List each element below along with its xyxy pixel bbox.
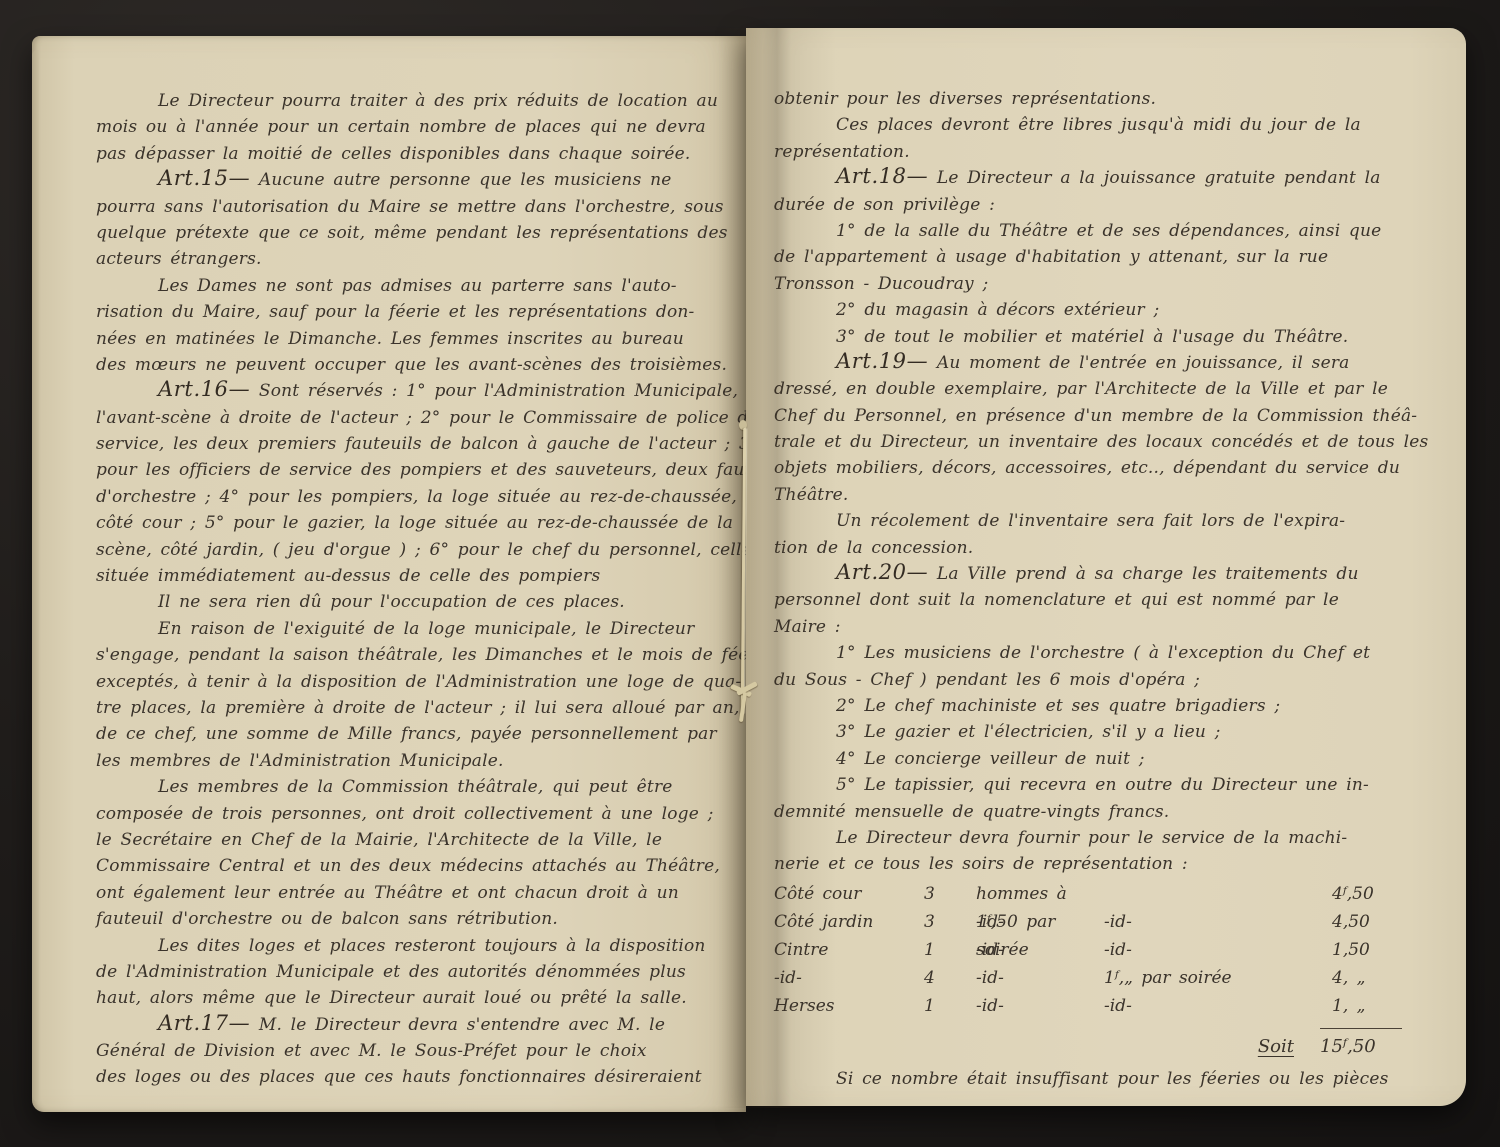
left-page: Le Directeur pourra traiter à des prix r… <box>32 36 746 1112</box>
manuscript-line: pas dépasser la moitié de celles disponi… <box>96 141 726 167</box>
manuscript-line: composée de trois personnes, ont droit c… <box>96 801 726 827</box>
manuscript-line: des loges ou des places que ces hauts fo… <box>96 1064 726 1090</box>
manuscript-line: pour les officiers de service des pompie… <box>96 457 726 483</box>
table-cell: 4ᶠ,50 <box>1332 880 1408 908</box>
manuscript-line: Maire : <box>774 614 1408 640</box>
manuscript-line: Tronsson - Ducoudray ; <box>774 271 1408 297</box>
manuscript-line: quelque prétexte que ce soit, même penda… <box>96 220 726 246</box>
manuscript-line: haut, alors même que le Directeur aurait… <box>96 985 726 1011</box>
table-cell: Côté cour <box>774 880 924 908</box>
manuscript-line: durée de son privilège : <box>774 192 1408 218</box>
table-cell: 1,50 <box>1332 936 1408 964</box>
manuscript-line: Ces places devront être libres jusqu'à m… <box>774 112 1408 138</box>
manuscript-line: des mœurs ne peuvent occuper que les ava… <box>96 352 726 378</box>
manuscript-line: 1° Les musiciens de l'orchestre ( à l'ex… <box>774 640 1408 666</box>
table-row: Côté jardin3-id--id-4,50 <box>774 908 1408 936</box>
table-row: Côté cour3hommes à 1ᶠ,50 par soirée4ᶠ,50 <box>774 880 1408 908</box>
manuscript-line: de l'Administration Municipale et des au… <box>96 959 726 985</box>
manuscript-line: trale et du Directeur, un inventaire des… <box>774 429 1408 455</box>
table-cell: -id- <box>976 908 1104 936</box>
manuscript-line: 3° de tout le mobilier et matériel à l'u… <box>774 324 1408 350</box>
article-heading: Art.20— <box>836 560 928 584</box>
article-heading: Art.16— <box>158 377 250 401</box>
manuscript-line: scène, côté jardin, ( jeu d'orgue ) ; 6°… <box>96 537 726 563</box>
table-cell: -id- <box>1104 992 1332 1020</box>
manuscript-line: 2° du magasin à décors extérieur ; <box>774 297 1408 323</box>
table-cell: -id- <box>1104 908 1332 936</box>
table-cell: -id- <box>1104 936 1332 964</box>
total-amount: 15ᶠ,50 <box>1320 1028 1402 1060</box>
manuscript-line: demnité mensuelle de quatre-vingts franc… <box>774 799 1408 825</box>
manuscript-line: 3° Le gazier et l'électricien, s'il y a … <box>774 719 1408 745</box>
manuscript-line: située immédiatement au-dessus de celle … <box>96 563 726 589</box>
manuscript-line: 4° Le concierge veilleur de nuit ; <box>774 746 1408 772</box>
table-cell: 1 <box>924 992 976 1020</box>
manuscript-line: tion de la concession. <box>774 535 1408 561</box>
manuscript-line: de l'appartement à usage d'habitation y … <box>774 244 1408 270</box>
article-heading: Art.18— <box>836 164 928 188</box>
table-cell: 3 <box>924 880 976 908</box>
table-row: -id-4-id-1ᶠ,„ par soirée4, „ <box>774 964 1408 992</box>
table-cell: 4,50 <box>1332 908 1408 936</box>
manuscript-line: 2° Le chef machiniste et ses quatre brig… <box>774 693 1408 719</box>
closing-line: Si ce nombre était insuffisant pour les … <box>774 1066 1470 1092</box>
total-label: Soit <box>1258 1034 1294 1060</box>
manuscript-line: obtenir pour les diverses représentation… <box>774 86 1408 112</box>
manuscript-line: Art.15— Aucune autre personne que les mu… <box>96 167 726 193</box>
table-cell: 1ᶠ,„ par soirée <box>1104 964 1332 992</box>
total-line: Soit 15ᶠ,50 <box>1258 1028 1402 1060</box>
table-cell: 1 <box>924 936 976 964</box>
manuscript-line: représentation. <box>774 139 1408 165</box>
table-cell: Herses <box>774 992 924 1020</box>
manuscript-line: mois ou à l'année pour un certain nombre… <box>96 114 726 140</box>
left-page-text: Le Directeur pourra traiter à des prix r… <box>96 88 726 1091</box>
manuscript-line: nées en matinées le Dimanche. Les femmes… <box>96 326 726 352</box>
right-page-text: obtenir pour les diverses représentation… <box>774 86 1408 878</box>
table-cell: 3 <box>924 908 976 936</box>
manuscript-line: Les Dames ne sont pas admises au parterr… <box>96 273 726 299</box>
manuscript-line: pourra sans l'autorisation du Maire se m… <box>96 194 726 220</box>
table-cell: 4, „ <box>1332 964 1408 992</box>
manuscript-line: Art.17— M. le Directeur devra s'entendre… <box>96 1012 726 1038</box>
manuscript-line: Théâtre. <box>774 482 1408 508</box>
manuscript-line: En raison de l'exiguité de la loge munic… <box>96 616 726 642</box>
manuscript-line: acteurs étrangers. <box>96 246 726 272</box>
manuscript-line: 5° Le tapissier, qui recevra en outre du… <box>774 772 1408 798</box>
right-page: obtenir pour les diverses représentation… <box>746 28 1466 1106</box>
manuscript-line: les membres de l'Administration Municipa… <box>96 748 726 774</box>
manuscript-line: Art.20— La Ville prend à sa charge les t… <box>774 561 1408 587</box>
table-row: Herses1-id--id-1, „ <box>774 992 1408 1020</box>
manuscript-line: ont également leur entrée au Théâtre et … <box>96 880 726 906</box>
article-heading: Art.19— <box>836 349 928 373</box>
manuscript-line: service, les deux premiers fauteuils de … <box>96 431 726 457</box>
manuscript-line: risation du Maire, sauf pour la féerie e… <box>96 299 726 325</box>
machinery-cost-table: Côté cour3hommes à 1ᶠ,50 par soirée4ᶠ,50… <box>774 880 1408 1020</box>
manuscript-line: du Sous - Chef ) pendant les 6 mois d'op… <box>774 667 1408 693</box>
manuscript-line: Les dites loges et places resteront touj… <box>96 933 726 959</box>
manuscript-line: d'orchestre ; 4° pour les pompiers, la l… <box>96 484 726 510</box>
manuscript-line: exceptés, à tenir à la disposition de l'… <box>96 669 726 695</box>
table-cell: -id- <box>976 992 1104 1020</box>
manuscript-line: Art.18— Le Directeur a la jouissance gra… <box>774 165 1408 191</box>
manuscript-line: Art.19— Au moment de l'entrée en jouissa… <box>774 350 1408 376</box>
table-cell: -id- <box>774 964 924 992</box>
manuscript-line: côté cour ; 5° pour le gazier, la loge s… <box>96 510 726 536</box>
manuscript-line: Le Directeur devra fournir pour le servi… <box>774 825 1408 851</box>
article-heading: Art.15— <box>158 166 250 190</box>
manuscript-line: dressé, en double exemplaire, par l'Arch… <box>774 376 1408 402</box>
manuscript-line: l'avant-scène à droite de l'acteur ; 2° … <box>96 405 726 431</box>
manuscript-line: Un récolement de l'inventaire sera fait … <box>774 508 1408 534</box>
manuscript-line: Le Directeur pourra traiter à des prix r… <box>96 88 726 114</box>
manuscript-booklet: Le Directeur pourra traiter à des prix r… <box>30 28 1468 1114</box>
manuscript-line: de ce chef, une somme de Mille francs, p… <box>96 721 726 747</box>
article-heading: Art.17— <box>158 1011 250 1035</box>
manuscript-line: Commissaire Central et un des deux médec… <box>96 853 726 879</box>
manuscript-line: Art.16— Sont réservés : 1° pour l'Admini… <box>96 378 726 404</box>
manuscript-line: le Secrétaire en Chef de la Mairie, l'Ar… <box>96 827 726 853</box>
manuscript-line: fauteuil d'orchestre ou de balcon sans r… <box>96 906 726 932</box>
manuscript-line: 1° de la salle du Théâtre et de ses dépe… <box>774 218 1408 244</box>
table-cell: 4 <box>924 964 976 992</box>
binding-knot <box>728 680 762 702</box>
photo-background: Le Directeur pourra traiter à des prix r… <box>0 0 1500 1147</box>
table-row: Cintre1-id--id-1,50 <box>774 936 1408 964</box>
table-cell: Côté jardin <box>774 908 924 936</box>
page-stack-edge <box>32 50 39 1102</box>
manuscript-line: Chef du Personnel, en présence d'un memb… <box>774 403 1408 429</box>
manuscript-line: tre places, la première à droite de l'ac… <box>96 695 726 721</box>
manuscript-line: objets mobiliers, décors, accessoires, e… <box>774 455 1408 481</box>
manuscript-line: Les membres de la Commission théâtrale, … <box>96 774 726 800</box>
manuscript-line: s'engage, pendant la saison théâtrale, l… <box>96 642 726 668</box>
manuscript-line: Général de Division et avec M. le Sous-P… <box>96 1038 726 1064</box>
table-cell: Cintre <box>774 936 924 964</box>
manuscript-line: nerie et ce tous les soirs de représenta… <box>774 851 1408 877</box>
table-cell: 1, „ <box>1332 992 1408 1020</box>
manuscript-line: personnel dont suit la nomenclature et q… <box>774 587 1408 613</box>
manuscript-line: Il ne sera rien dû pour l'occupation de … <box>96 589 726 615</box>
table-cell: -id- <box>976 964 1104 992</box>
table-cell: -id- <box>976 936 1104 964</box>
